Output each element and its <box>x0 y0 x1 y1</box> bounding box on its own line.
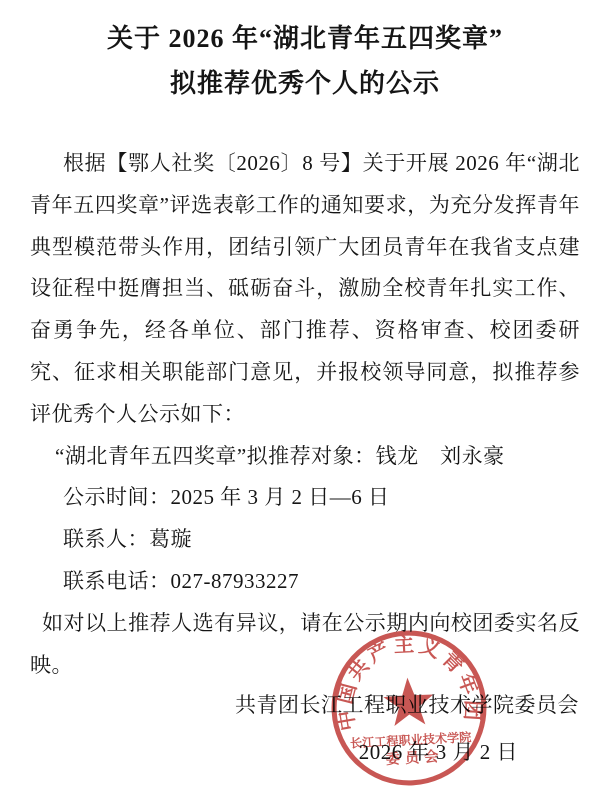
line-nominees: “湖北青年五四奖章”拟推荐对象：钱龙 刘永豪 <box>30 436 580 478</box>
line-publicity-period: 公示时间：2025 年 3 月 2 日—6 日 <box>30 477 580 519</box>
document-page: 关于 2026 年“湖北青年五四奖章” 拟推荐优秀个人的公示 根据【鄂人社奖〔2… <box>0 0 610 801</box>
line-objection-note: 如对以上推荐人选有异议，请在公示期内向校团委实名反映。 <box>30 603 580 687</box>
issue-date: 2026 年 3 月 2 日 <box>359 736 518 766</box>
line-contact-phone: 联系电话：027-87933227 <box>30 561 580 603</box>
line-contact-person: 联系人：葛璇 <box>30 519 580 561</box>
document-title-line1: 关于 2026 年“湖北青年五四奖章” <box>0 16 610 61</box>
issuer-signature: 共青团长江工程职业技术学院委员会 <box>235 689 579 719</box>
document-body: 根据【鄂人社奖〔2026〕8 号】关于开展 2026 年“湖北青年五四奖章”评选… <box>30 143 580 686</box>
document-title: 关于 2026 年“湖北青年五四奖章” 拟推荐优秀个人的公示 <box>0 16 610 106</box>
document-title-line2: 拟推荐优秀个人的公示 <box>0 61 610 106</box>
paragraph-intro: 根据【鄂人社奖〔2026〕8 号】关于开展 2026 年“湖北青年五四奖章”评选… <box>30 143 580 436</box>
